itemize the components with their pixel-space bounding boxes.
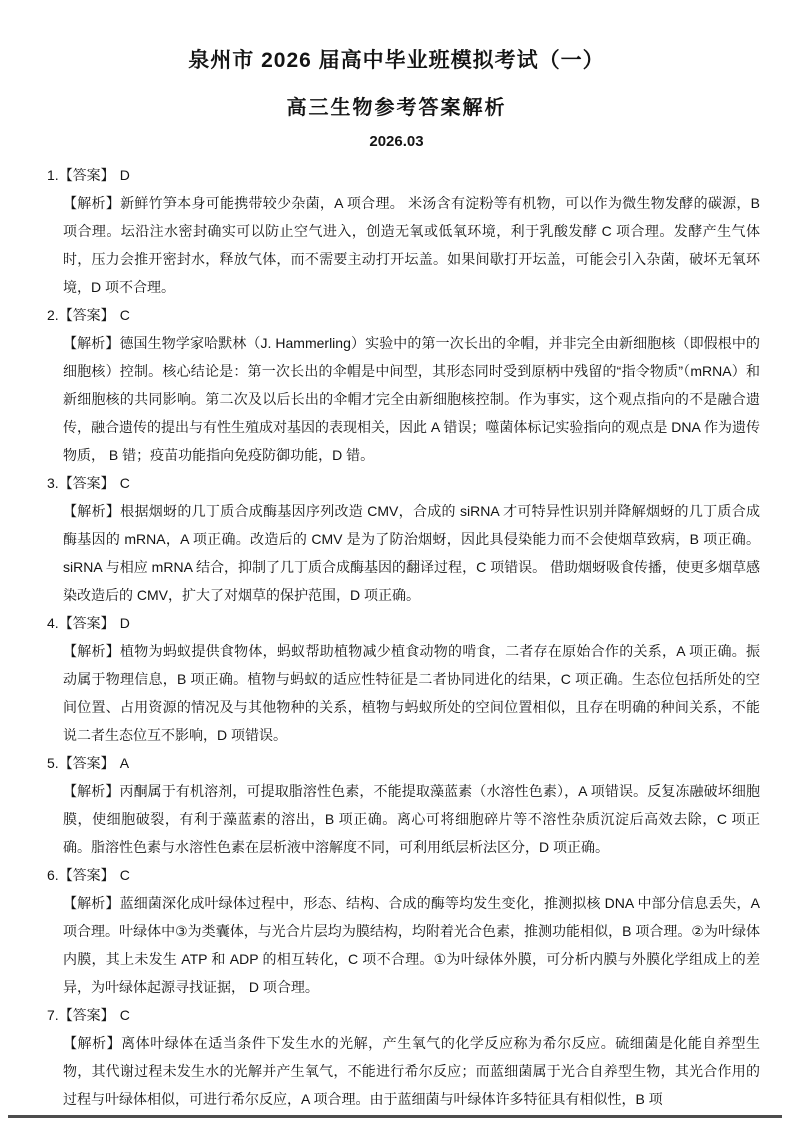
- answer-letter: D: [120, 167, 130, 183]
- analysis-paragraph: 【解析】新鲜竹笋本身可能携带较少杂菌，A 项合理。 米汤含有淀粉等有机物，可以作…: [47, 189, 760, 301]
- answer-letter: A: [120, 755, 129, 771]
- answer-item: 5.【答案】A 【解析】丙酮属于有机溶剂，可提取脂溶性色素，不能提取藻蓝素（水溶…: [47, 749, 760, 861]
- answer-line: 2.【答案】C: [47, 301, 760, 329]
- answer-letter: C: [120, 307, 130, 323]
- document-header: 泉州市 2026 届高中毕业班模拟考试（一） 高三生物参考答案解析 2026.0…: [0, 0, 793, 150]
- answer-line: 3.【答案】C: [47, 469, 760, 497]
- analysis-text: 丙酮属于有机溶剂，可提取脂溶性色素，不能提取藻蓝素（水溶性色素），A 项错误。反…: [63, 783, 760, 855]
- analysis-label: 【解析】: [63, 895, 120, 911]
- answer-item: 6.【答案】C 【解析】蓝细菌深化成叶绿体过程中，形态、结构、合成的酶等均发生变…: [47, 861, 760, 1001]
- answer-letter: C: [120, 475, 130, 491]
- answer-line: 7.【答案】C: [47, 1001, 760, 1029]
- question-number: 3.: [47, 475, 59, 491]
- question-number: 6.: [47, 867, 59, 883]
- analysis-paragraph: 【解析】根据烟蚜的几丁质合成酶基因序列改造 CMV，合成的 siRNA 才可特异…: [47, 497, 760, 609]
- answer-label: 【答案】: [59, 867, 115, 883]
- analysis-label: 【解析】: [63, 195, 120, 211]
- answer-label: 【答案】: [59, 755, 115, 771]
- answer-letter: D: [120, 615, 130, 631]
- answer-letter: C: [120, 1007, 130, 1023]
- page-bottom-border: [8, 1115, 782, 1118]
- answer-label: 【答案】: [59, 307, 115, 323]
- answer-label: 【答案】: [59, 475, 115, 491]
- question-number: 2.: [47, 307, 59, 323]
- analysis-text: 蓝细菌深化成叶绿体过程中，形态、结构、合成的酶等均发生变化，推测拟核 DNA 中…: [63, 895, 760, 995]
- answer-label: 【答案】: [59, 1007, 115, 1023]
- answer-line: 1.【答案】D: [47, 161, 760, 189]
- answer-item: 3.【答案】C 【解析】根据烟蚜的几丁质合成酶基因序列改造 CMV，合成的 si…: [47, 469, 760, 609]
- answer-item: 1.【答案】D 【解析】新鲜竹笋本身可能携带较少杂菌，A 项合理。 米汤含有淀粉…: [47, 161, 760, 301]
- analysis-text: 根据烟蚜的几丁质合成酶基因序列改造 CMV，合成的 siRNA 才可特异性识别并…: [63, 503, 760, 603]
- answer-line: 5.【答案】A: [47, 749, 760, 777]
- document-subtitle: 高三生物参考答案解析: [0, 91, 793, 120]
- analysis-text: 离体叶绿体在适当条件下发生水的光解，产生氧气的化学反应称为希尔反应。硫细菌是化能…: [63, 1035, 760, 1107]
- question-number: 1.: [47, 167, 59, 183]
- answer-line: 6.【答案】C: [47, 861, 760, 889]
- document-title: 泉州市 2026 届高中毕业班模拟考试（一）: [0, 44, 793, 74]
- analysis-label: 【解析】: [63, 335, 119, 351]
- answer-item: 4.【答案】D 【解析】植物为蚂蚁提供食物体，蚂蚁帮助植物减少植食动物的啃食，二…: [47, 609, 760, 749]
- answer-label: 【答案】: [59, 615, 115, 631]
- question-number: 4.: [47, 615, 59, 631]
- analysis-label: 【解析】: [63, 1035, 121, 1051]
- question-number: 7.: [47, 1007, 59, 1023]
- answer-item: 7.【答案】C 【解析】离体叶绿体在适当条件下发生水的光解，产生氧气的化学反应称…: [47, 1001, 760, 1113]
- analysis-text: 德国生物学家哈默林（J. Hammerling）实验中的第一次长出的伞帽，并非完…: [63, 335, 760, 463]
- answers-list: 1.【答案】D 【解析】新鲜竹笋本身可能携带较少杂菌，A 项合理。 米汤含有淀粉…: [47, 161, 760, 1113]
- analysis-paragraph: 【解析】丙酮属于有机溶剂，可提取脂溶性色素，不能提取藻蓝素（水溶性色素），A 项…: [47, 777, 760, 861]
- answer-line: 4.【答案】D: [47, 609, 760, 637]
- analysis-label: 【解析】: [63, 503, 120, 519]
- analysis-paragraph: 【解析】德国生物学家哈默林（J. Hammerling）实验中的第一次长出的伞帽…: [47, 329, 760, 469]
- document-date: 2026.03: [0, 133, 793, 150]
- question-number: 5.: [47, 755, 59, 771]
- analysis-label: 【解析】: [63, 643, 120, 659]
- answer-letter: C: [120, 867, 130, 883]
- document-page: 泉州市 2026 届高中毕业班模拟考试（一） 高三生物参考答案解析 2026.0…: [0, 0, 793, 1122]
- analysis-label: 【解析】: [63, 783, 119, 799]
- answer-item: 2.【答案】C 【解析】德国生物学家哈默林（J. Hammerling）实验中的…: [47, 301, 760, 469]
- analysis-text: 植物为蚂蚁提供食物体，蚂蚁帮助植物减少植食动物的啃食，二者存在原始合作的关系，A…: [63, 643, 760, 743]
- analysis-paragraph: 【解析】植物为蚂蚁提供食物体，蚂蚁帮助植物减少植食动物的啃食，二者存在原始合作的…: [47, 637, 760, 749]
- analysis-paragraph: 【解析】离体叶绿体在适当条件下发生水的光解，产生氧气的化学反应称为希尔反应。硫细…: [47, 1029, 760, 1113]
- analysis-text: 新鲜竹笋本身可能携带较少杂菌，A 项合理。 米汤含有淀粉等有机物，可以作为微生物…: [63, 195, 760, 295]
- analysis-paragraph: 【解析】蓝细菌深化成叶绿体过程中，形态、结构、合成的酶等均发生变化，推测拟核 D…: [47, 889, 760, 1001]
- answer-label: 【答案】: [59, 167, 115, 183]
